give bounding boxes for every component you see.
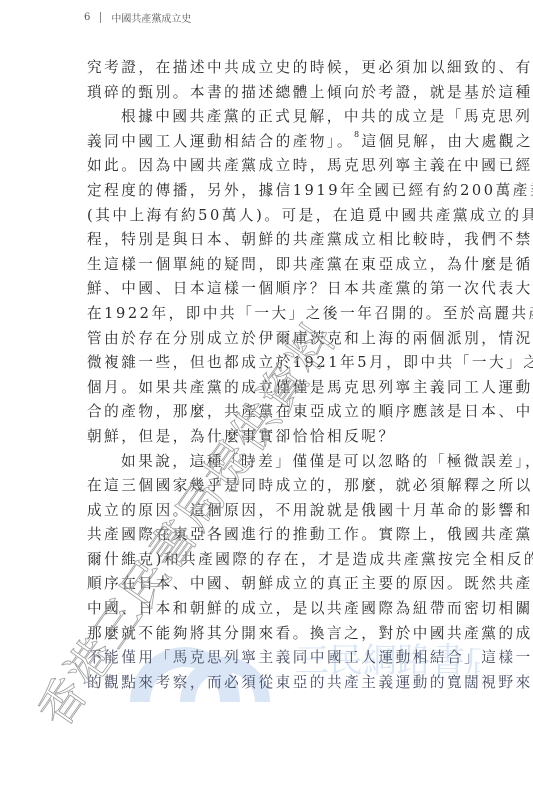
- text-line: 如此。因為中國共產黨成立時，馬克思列寧主義在中國已經有一: [87, 154, 453, 179]
- line-text-continued: 這個見解，由大處觀之的確: [362, 133, 533, 150]
- text-line: 在1922年，即中共「一大」之後一年召開的。至於高麗共產黨，儘: [87, 302, 453, 327]
- line-text: 中國、日本和朝鮮的成立，是以共產國際為紐帶而密切相關的，: [87, 600, 533, 617]
- line-text: 義同中國工人運動相結合的產物」。: [87, 133, 354, 150]
- text-line: 成立的原因。這個原因，不用說就是俄國十月革命的影響和其後: [87, 499, 453, 524]
- line-text: 定程度的傳播，另外，據信1919年全國已經有約200萬產業工人: [87, 182, 533, 199]
- line-text: 爾什維克)和共產國際的存在，才是造成共產黨按完全相反的時間: [87, 551, 533, 568]
- line-text: 那麼就不能夠將其分開來看。換言之，對於中國共產黨的成立，: [87, 625, 533, 642]
- paragraph-first-line: 如果說，這種「時差」僅僅是可以忽略的「極微誤差」，共產黨: [87, 450, 453, 475]
- text-line: 不能僅用「馬克思列寧主義同中國工人運動相結合」這樣一種狹窄: [87, 646, 453, 671]
- line-text: 在這三個國家幾乎是同時成立的，那麼，就必須解釋之所以同時: [87, 477, 533, 494]
- text-line: 生這樣一個單純的疑問，即共產黨在東亞成立，為什麼是循着朝: [87, 253, 453, 278]
- text-line: 究考證，在描述中共成立史的時候，更必須加以細致的、有時是: [87, 56, 453, 81]
- line-text: 朝鮮，但是，為什麼事實卻恰恰相反呢？: [87, 428, 396, 445]
- line-text: 生這樣一個單純的疑問，即共產黨在東亞成立，為什麼是循着朝: [87, 256, 533, 273]
- line-text: 個月。如果共產黨的成立僅僅是馬克思列寧主義同工人運動相結: [87, 379, 533, 396]
- text-line: (其中上海有約50萬人)。可是，在追覓中國共產黨成立的具體過: [87, 204, 453, 229]
- text-line: 合的產物，那麼，共產黨在東亞成立的順序應該是日本、中國、: [87, 400, 453, 425]
- line-text: 合的產物，那麼，共產黨在東亞成立的順序應該是日本、中國、: [87, 403, 533, 420]
- book-title: 中國共產黨成立史: [111, 10, 191, 25]
- line-text: 管由於存在分別成立於伊爾庫茨克和上海的兩個派別，情況要稍: [87, 330, 533, 347]
- text-line: 共產國際在東亞各國進行的推動工作。實際上，俄國共產黨(布: [87, 523, 453, 548]
- line-text: 順序在日本、中國、朝鮮成立的真正主要的原因。既然共產黨在: [87, 575, 533, 592]
- text-line: 個月。如果共產黨的成立僅僅是馬克思列寧主義同工人運動相結: [87, 376, 453, 401]
- text-line: 定程度的傳播，另外，據信1919年全國已經有約200萬產業工人: [87, 179, 453, 204]
- line-text: 如果說，這種「時差」僅僅是可以忽略的「極微誤差」，共產黨: [121, 453, 533, 470]
- text-line: 在這三個國家幾乎是同時成立的，那麼，就必須解釋之所以同時: [87, 474, 453, 499]
- header-divider: [100, 12, 101, 23]
- text-line: 瑣碎的甄別。本書的描述總體上傾向於考證，就是基於這種考慮。: [87, 81, 453, 106]
- line-text: 程，特別是與日本、朝鮮的共產黨成立相比較時，我們不禁會產: [87, 231, 533, 248]
- paragraph-first-line: 根據中國共產黨的正式見解，中共的成立是「馬克思列寧主: [87, 105, 453, 130]
- text-line: 順序在日本、中國、朝鮮成立的真正主要的原因。既然共產黨在: [87, 572, 453, 597]
- text-line: 的觀點來考察，而必須從東亞的共產主義運動的寬闊視野來把握。: [87, 671, 453, 696]
- text-line: 朝鮮，但是，為什麼事實卻恰恰相反呢？: [87, 425, 453, 450]
- line-text: 的觀點來考察，而必須從東亞的共產主義運動的寬闊視野來把握。: [87, 674, 533, 691]
- body-text: 究考證，在描述中共成立史的時候，更必須加以細致的、有時是瑣碎的甄別。本書的描述總…: [87, 56, 453, 695]
- line-text: 不能僅用「馬克思列寧主義同中國工人運動相結合」這樣一種狹窄: [87, 649, 533, 666]
- line-text: 究考證，在描述中共成立史的時候，更必須加以細致的、有時是: [87, 59, 533, 76]
- line-text: 共產國際在東亞各國進行的推動工作。實際上，俄國共產黨(布: [87, 526, 533, 543]
- running-header: 6 中國共產黨成立史: [84, 10, 191, 25]
- text-line: 義同中國工人運動相結合的產物」。8這個見解，由大處觀之的確: [87, 130, 453, 155]
- line-text: 微複雜一些，但也都成立於1921年5月，即中共「一大」之前約兩: [87, 354, 533, 371]
- line-text: 鮮、中國、日本這樣一個順序？日本共產黨的第一次代表大會是: [87, 280, 533, 297]
- line-text: 成立的原因。這個原因，不用說就是俄國十月革命的影響和其後: [87, 502, 533, 519]
- line-text: 根據中國共產黨的正式見解，中共的成立是「馬克思列寧主: [121, 108, 533, 125]
- text-line: 微複雜一些，但也都成立於1921年5月，即中共「一大」之前約兩: [87, 351, 453, 376]
- text-line: 管由於存在分別成立於伊爾庫茨克和上海的兩個派別，情況要稍: [87, 327, 453, 352]
- text-line: 中國、日本和朝鮮的成立，是以共產國際為紐帶而密切相關的，: [87, 597, 453, 622]
- page-number: 6: [84, 12, 90, 23]
- text-line: 那麼就不能夠將其分開來看。換言之，對於中國共產黨的成立，: [87, 622, 453, 647]
- text-line: 程，特別是與日本、朝鮮的共產黨成立相比較時，我們不禁會產: [87, 228, 453, 253]
- line-text: 瑣碎的甄別。本書的描述總體上傾向於考證，就是基於這種考慮。: [87, 84, 533, 101]
- line-text: (其中上海有約50萬人)。可是，在追覓中國共產黨成立的具體過: [87, 207, 533, 224]
- footnote-marker[interactable]: 8: [354, 130, 362, 139]
- line-text: 如此。因為中國共產黨成立時，馬克思列寧主義在中國已經有一: [87, 157, 533, 174]
- text-line: 爾什維克)和共產國際的存在，才是造成共產黨按完全相反的時間: [87, 548, 453, 573]
- line-text: 在1922年，即中共「一大」之後一年召開的。至於高麗共產黨，儘: [87, 305, 533, 322]
- text-line: 鮮、中國、日本這樣一個順序？日本共產黨的第一次代表大會是: [87, 277, 453, 302]
